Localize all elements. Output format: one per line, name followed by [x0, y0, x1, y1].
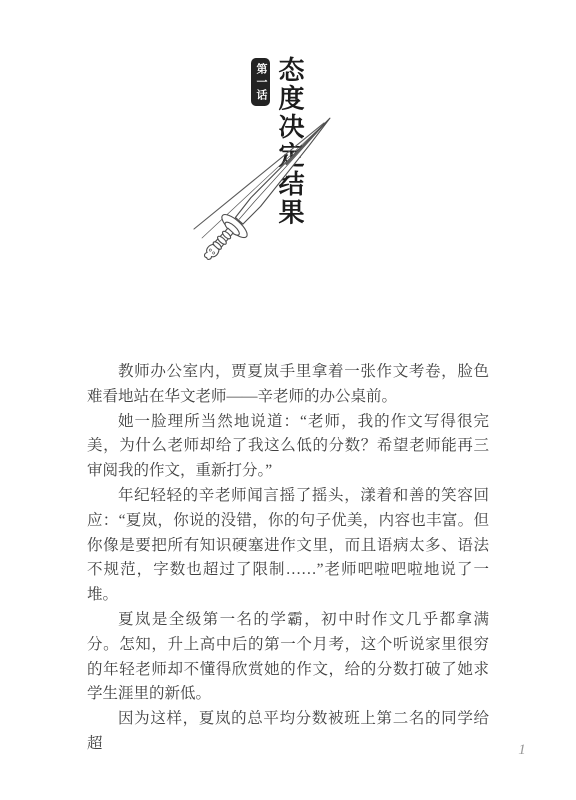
chapter-badge: 第一话 — [251, 58, 270, 106]
page-number: 1 — [512, 742, 532, 759]
paragraph: 夏岚是全级第一名的学霸，初中时作文几乎都拿满分。怎知，升上高中后的第一个月考，这… — [87, 608, 489, 707]
sword-illustration — [178, 96, 350, 271]
paragraph: 年纪轻轻的辛老师闻言摇了摇头，漾着和善的笑容回应：“夏岚，你说的没错，你的句子优… — [87, 484, 489, 608]
paragraph: 她一脸理所当然地说道：“老师，我的作文写得很完美，为什么老师却给了我这么低的分数… — [87, 410, 489, 484]
chapter-badge-label: 第一话 — [251, 63, 270, 102]
chapter-title: 态度决定结果 — [275, 56, 305, 227]
paragraph: 教师办公室内，贾夏岚手里拿着一张作文考卷，脸色难看地站在华文老师——辛老师的办公… — [87, 360, 489, 410]
sword-icon — [178, 96, 350, 271]
book-page: 第一话 态度决定结果 — [0, 0, 576, 800]
body-text: 教师办公室内，贾夏岚手里拿着一张作文考卷，脸色难看地站在华文老师——辛老师的办公… — [87, 360, 489, 757]
paragraph: 因为这样，夏岚的总平均分数被班上第二名的同学给超 — [87, 707, 489, 757]
